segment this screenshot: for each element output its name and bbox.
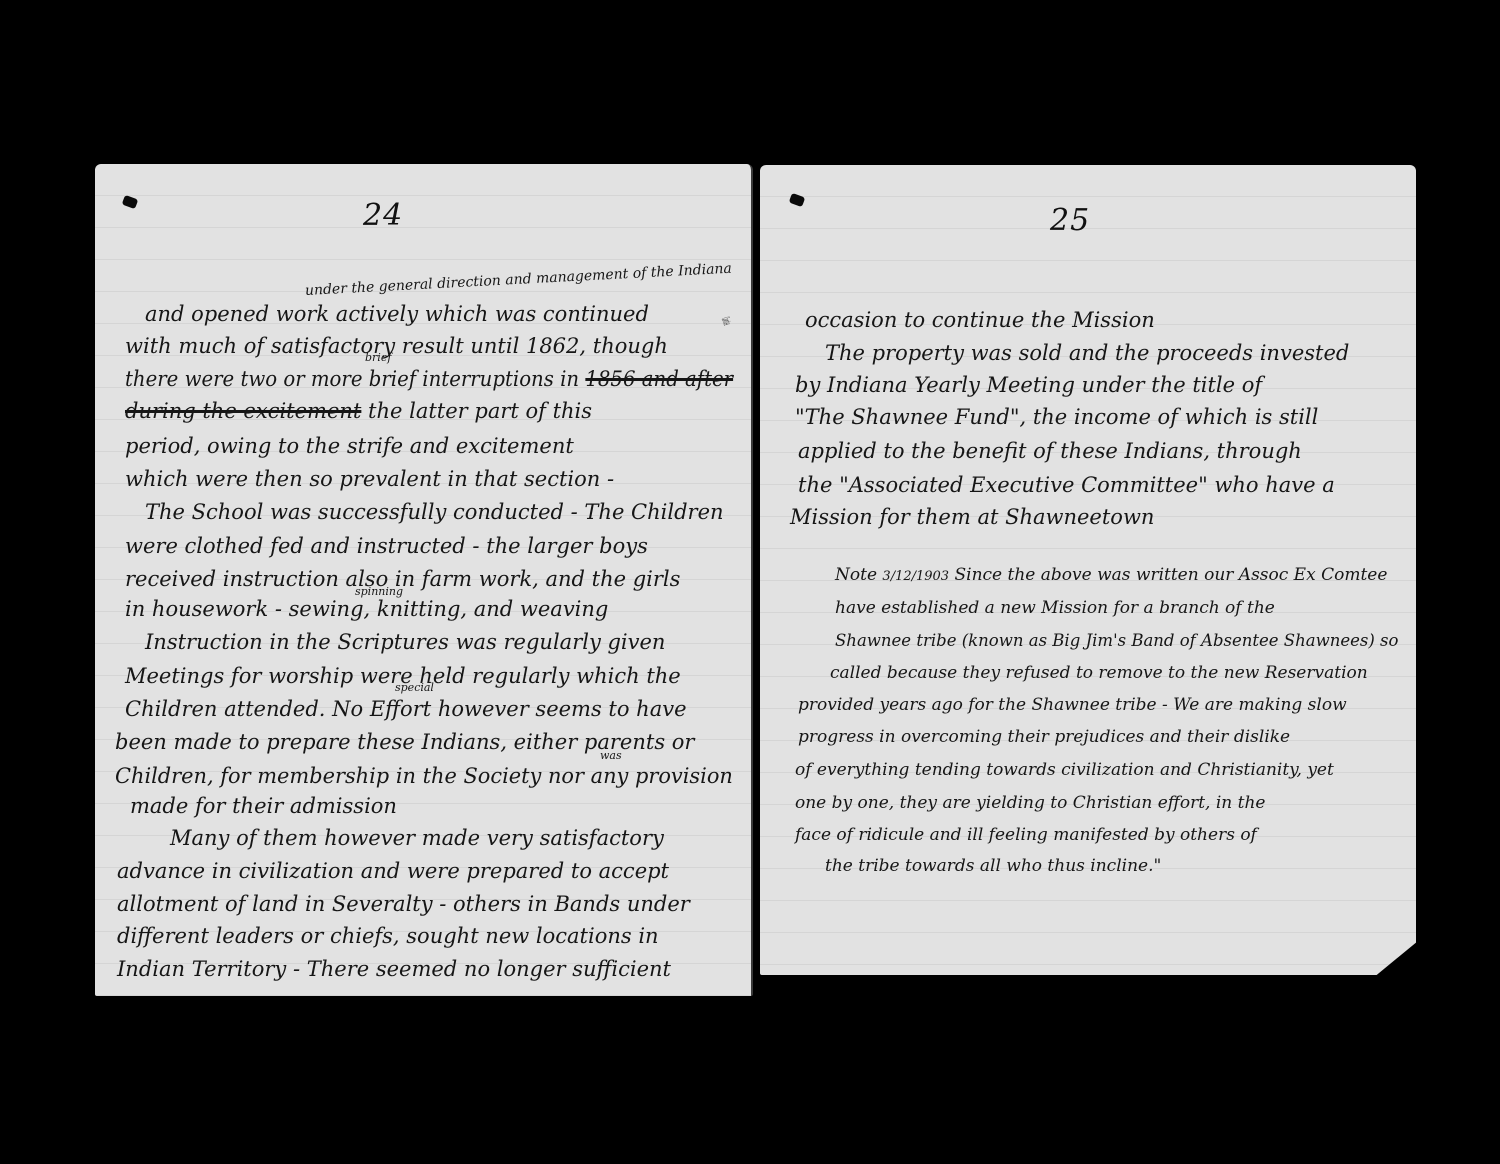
text-line: applied to the benefit of these Indians,…	[798, 441, 1302, 462]
text-line: Indian Territory - There seemed no longe…	[117, 959, 671, 980]
note-line: have established a new Mission for a bra…	[835, 600, 1275, 617]
text-line: during the excitement the latter part of…	[125, 401, 592, 422]
text-line: by Indiana Yearly Meeting under the titl…	[795, 375, 1262, 396]
insertion-mark: brief	[365, 352, 391, 363]
text-line: The property was sold and the proceeds i…	[825, 343, 1349, 364]
text-line: Many of them however made very satisfact…	[170, 828, 664, 849]
punch-hole-mark	[122, 195, 139, 209]
text-line: Children attended. No Effort however see…	[125, 699, 687, 720]
insertion-mark: was	[600, 750, 622, 761]
page-number: 25	[1050, 203, 1090, 238]
note-line: face of ridicule and ill feeling manifes…	[795, 827, 1257, 844]
text-line: the "Associated Executive Committee" who…	[798, 475, 1335, 496]
insertion-mark: spinning	[355, 586, 403, 597]
note-header: Note 3/12/1903 Since the above was writt…	[835, 567, 1387, 584]
manuscript-page-24: 24 under the general direction and manag…	[95, 164, 753, 996]
text-line: and opened work actively which was conti…	[145, 304, 649, 325]
note-line: Shawnee tribe (known as Big Jim's Band o…	[835, 633, 1398, 650]
text-line: were clothed fed and instructed - the la…	[125, 536, 648, 557]
text-line: advance in civilization and were prepare…	[117, 861, 669, 882]
note-line: provided years ago for the Shawnee tribe…	[798, 697, 1347, 714]
margin-note: Comtee	[720, 316, 733, 327]
text-line: Mission for them at Shawneetown	[790, 507, 1154, 528]
text-line: Children, for membership in the Society …	[115, 766, 733, 787]
note-line: progress in overcoming their prejudices …	[798, 729, 1290, 746]
text-line: Instruction in the Scriptures was regula…	[145, 632, 665, 653]
struck-text: during the excitement	[125, 399, 361, 423]
manuscript-page-25: 25 occasion to continue the Mission The …	[760, 165, 1416, 975]
text-line: with much of satisfactory result until 1…	[125, 336, 668, 357]
struck-text: 1856 and after	[585, 367, 733, 391]
insertion-mark: special	[395, 682, 434, 693]
text-line: different leaders or chiefs, sought new …	[117, 926, 659, 947]
punch-hole-mark	[789, 193, 806, 207]
text-line: occasion to continue the Mission	[805, 310, 1155, 331]
note-line: the tribe towards all who thus incline."	[825, 858, 1161, 875]
interlinear-insert: under the general direction and manageme…	[305, 262, 733, 298]
text-line: made for their admission	[130, 796, 397, 817]
note-line: one by one, they are yielding to Christi…	[795, 795, 1265, 812]
note-line: called because they refused to remove to…	[830, 665, 1368, 682]
note-text: Since the above was written our Assoc Ex…	[955, 565, 1388, 585]
text-line: in housework - sewing, knitting, and wea…	[125, 599, 608, 620]
text-line: allotment of land in Severalty - others …	[117, 894, 690, 915]
note-label: Note	[835, 565, 877, 585]
note-line: of everything tending towards civilizati…	[795, 762, 1334, 779]
text-line: there were two or more brief interruptio…	[125, 369, 733, 390]
text-line: "The Shawnee Fund", the income of which …	[795, 407, 1318, 428]
text-line: period, owing to the strife and exciteme…	[125, 436, 574, 457]
text-line: The School was successfully conducted - …	[145, 502, 724, 523]
note-date: 3/12/1903	[882, 569, 949, 584]
text-line: which were then so prevalent in that sec…	[125, 469, 614, 490]
page-number: 24	[363, 198, 403, 233]
